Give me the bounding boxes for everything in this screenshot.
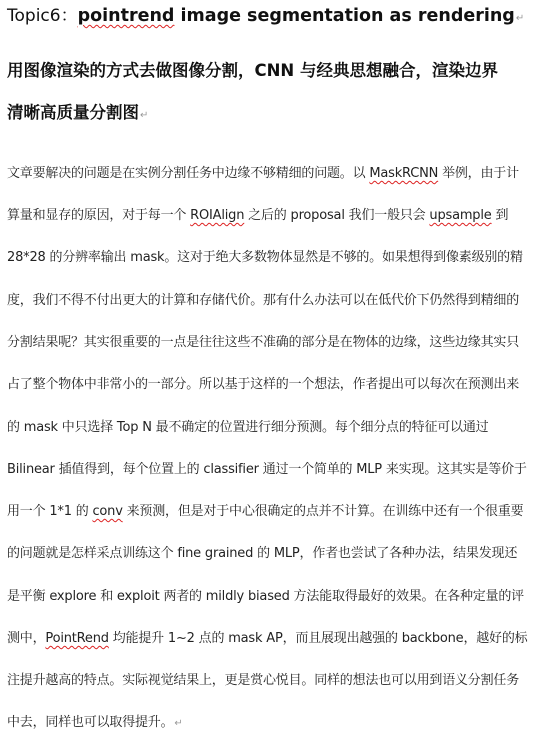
text: Bilinear 插值得到，每个位置上的 classifier 通过一个简单的 … — [7, 462, 527, 477]
text: 算量和显存的原因，对于每一个 — [7, 208, 190, 223]
spellcheck-word: upsample — [429, 208, 491, 223]
text: 举例，由于计 — [438, 166, 519, 181]
paragraph-mark-icon: ↵ — [174, 718, 182, 729]
spellcheck-word: MaskRCNN — [369, 166, 438, 181]
spellcheck-word: ROIAlign — [190, 208, 244, 223]
subtitle-text: 用图像渲染的方式去做图像分割，CNN 与经典思想融合，渲染边界 — [7, 61, 498, 80]
body-line: 占了整个物体中非常小的一部分。所以基于这样的一个想法，作者提出可以每次在预测出来 — [7, 376, 519, 394]
body-line: 用一个 1*1 的 conv 来预测，但是对于中心很确定的点并不计算。在训练中还… — [7, 503, 523, 521]
body-line: 注提升越高的特点。实际视觉结果上，更是赏心悦目。同样的想法也可以用到语义分割任务 — [7, 672, 519, 690]
body-line: 是平衡 explore 和 exploit 两者的 mildly biased … — [7, 588, 524, 606]
text: 用一个 1*1 的 — [7, 504, 92, 519]
text: 来预测，但是对于中心很确定的点并不计算。在训练中还有一个很重要 — [123, 504, 524, 519]
title-prefix: Topic6： — [7, 6, 78, 26]
body-line: 的问题就是怎样采点训练这个 fine grained 的 MLP，作者也尝试了各… — [7, 545, 517, 563]
subtitle-text: 清晰高质量分割图 — [7, 103, 139, 122]
text: 注提升越高的特点。实际视觉结果上，更是赏心悦目。同样的想法也可以用到语义分割任务 — [7, 673, 519, 688]
body-line: 28*28 的分辨率输出 mask。这对于绝大多数物体显然是不够的。如果想得到像… — [7, 249, 523, 267]
body-line: 算量和显存的原因，对于每一个 ROIAlign 之后的 proposal 我们一… — [7, 207, 508, 225]
spellcheck-word: conv — [92, 504, 122, 519]
body-line: 分割结果呢？其实很重要的一点是往往这些不准确的部分是在物体的边缘，这些边缘其实只 — [7, 334, 519, 352]
paragraph-mark-icon: ↵ — [140, 110, 148, 121]
document-title: Topic6：pointrend image segmentation as r… — [7, 5, 524, 30]
spellcheck-word: PointRend — [45, 631, 108, 646]
text: 的问题就是怎样采点训练这个 fine grained 的 MLP，作者也尝试了各… — [7, 546, 517, 561]
text: 28*28 的分辨率输出 mask。这对于绝大多数物体显然是不够的。如果想得到像… — [7, 250, 523, 265]
title-rest: image segmentation as rendering — [174, 6, 514, 26]
text: 均能提升 1~2 点的 mask AP，而且展现出越强的 backbone，越好… — [109, 631, 528, 646]
body-line: 的 mask 中只选择 Top N 最不确定的位置进行细分预测。每个细分点的特征… — [7, 419, 488, 437]
body-line: Bilinear 插值得到，每个位置上的 classifier 通过一个简单的 … — [7, 461, 527, 479]
body-line: 中去，同样也可以取得提升。↵ — [7, 714, 183, 733]
text: 的 mask 中只选择 Top N 最不确定的位置进行细分预测。每个细分点的特征… — [7, 420, 488, 435]
text: 分割结果呢？其实很重要的一点是往往这些不准确的部分是在物体的边缘，这些边缘其实只 — [7, 335, 519, 350]
text: 测中， — [7, 631, 45, 646]
body-line: 测中，PointRend 均能提升 1~2 点的 mask AP，而且展现出越强… — [7, 630, 527, 648]
title-main-word: pointrend — [78, 6, 175, 26]
body-line: 文章要解决的问题是在实例分割任务中边缘不够精细的问题。以 MaskRCNN 举例… — [7, 165, 519, 183]
subtitle-line-1: 用图像渲染的方式去做图像分割，CNN 与经典思想融合，渲染边界 — [7, 60, 498, 82]
text: 占了整个物体中非常小的一部分。所以基于这样的一个想法，作者提出可以每次在预测出来 — [7, 377, 519, 392]
text: 之后的 proposal 我们一般只会 — [244, 208, 429, 223]
text: 是平衡 explore 和 exploit 两者的 mildly biased … — [7, 589, 524, 604]
subtitle-line-2: 清晰高质量分割图↵ — [7, 102, 148, 127]
body-line: 度，我们不得不付出更大的计算和存储代价。那有什么办法可以在低代价下仍然得到精细的 — [7, 292, 519, 310]
text: 度，我们不得不付出更大的计算和存储代价。那有什么办法可以在低代价下仍然得到精细的 — [7, 293, 519, 308]
paragraph-mark-icon: ↵ — [516, 13, 524, 24]
text: 文章要解决的问题是在实例分割任务中边缘不够精细的问题。以 — [7, 166, 369, 181]
text: 中去，同样也可以取得提升。 — [7, 715, 173, 730]
text: 到 — [492, 208, 509, 223]
